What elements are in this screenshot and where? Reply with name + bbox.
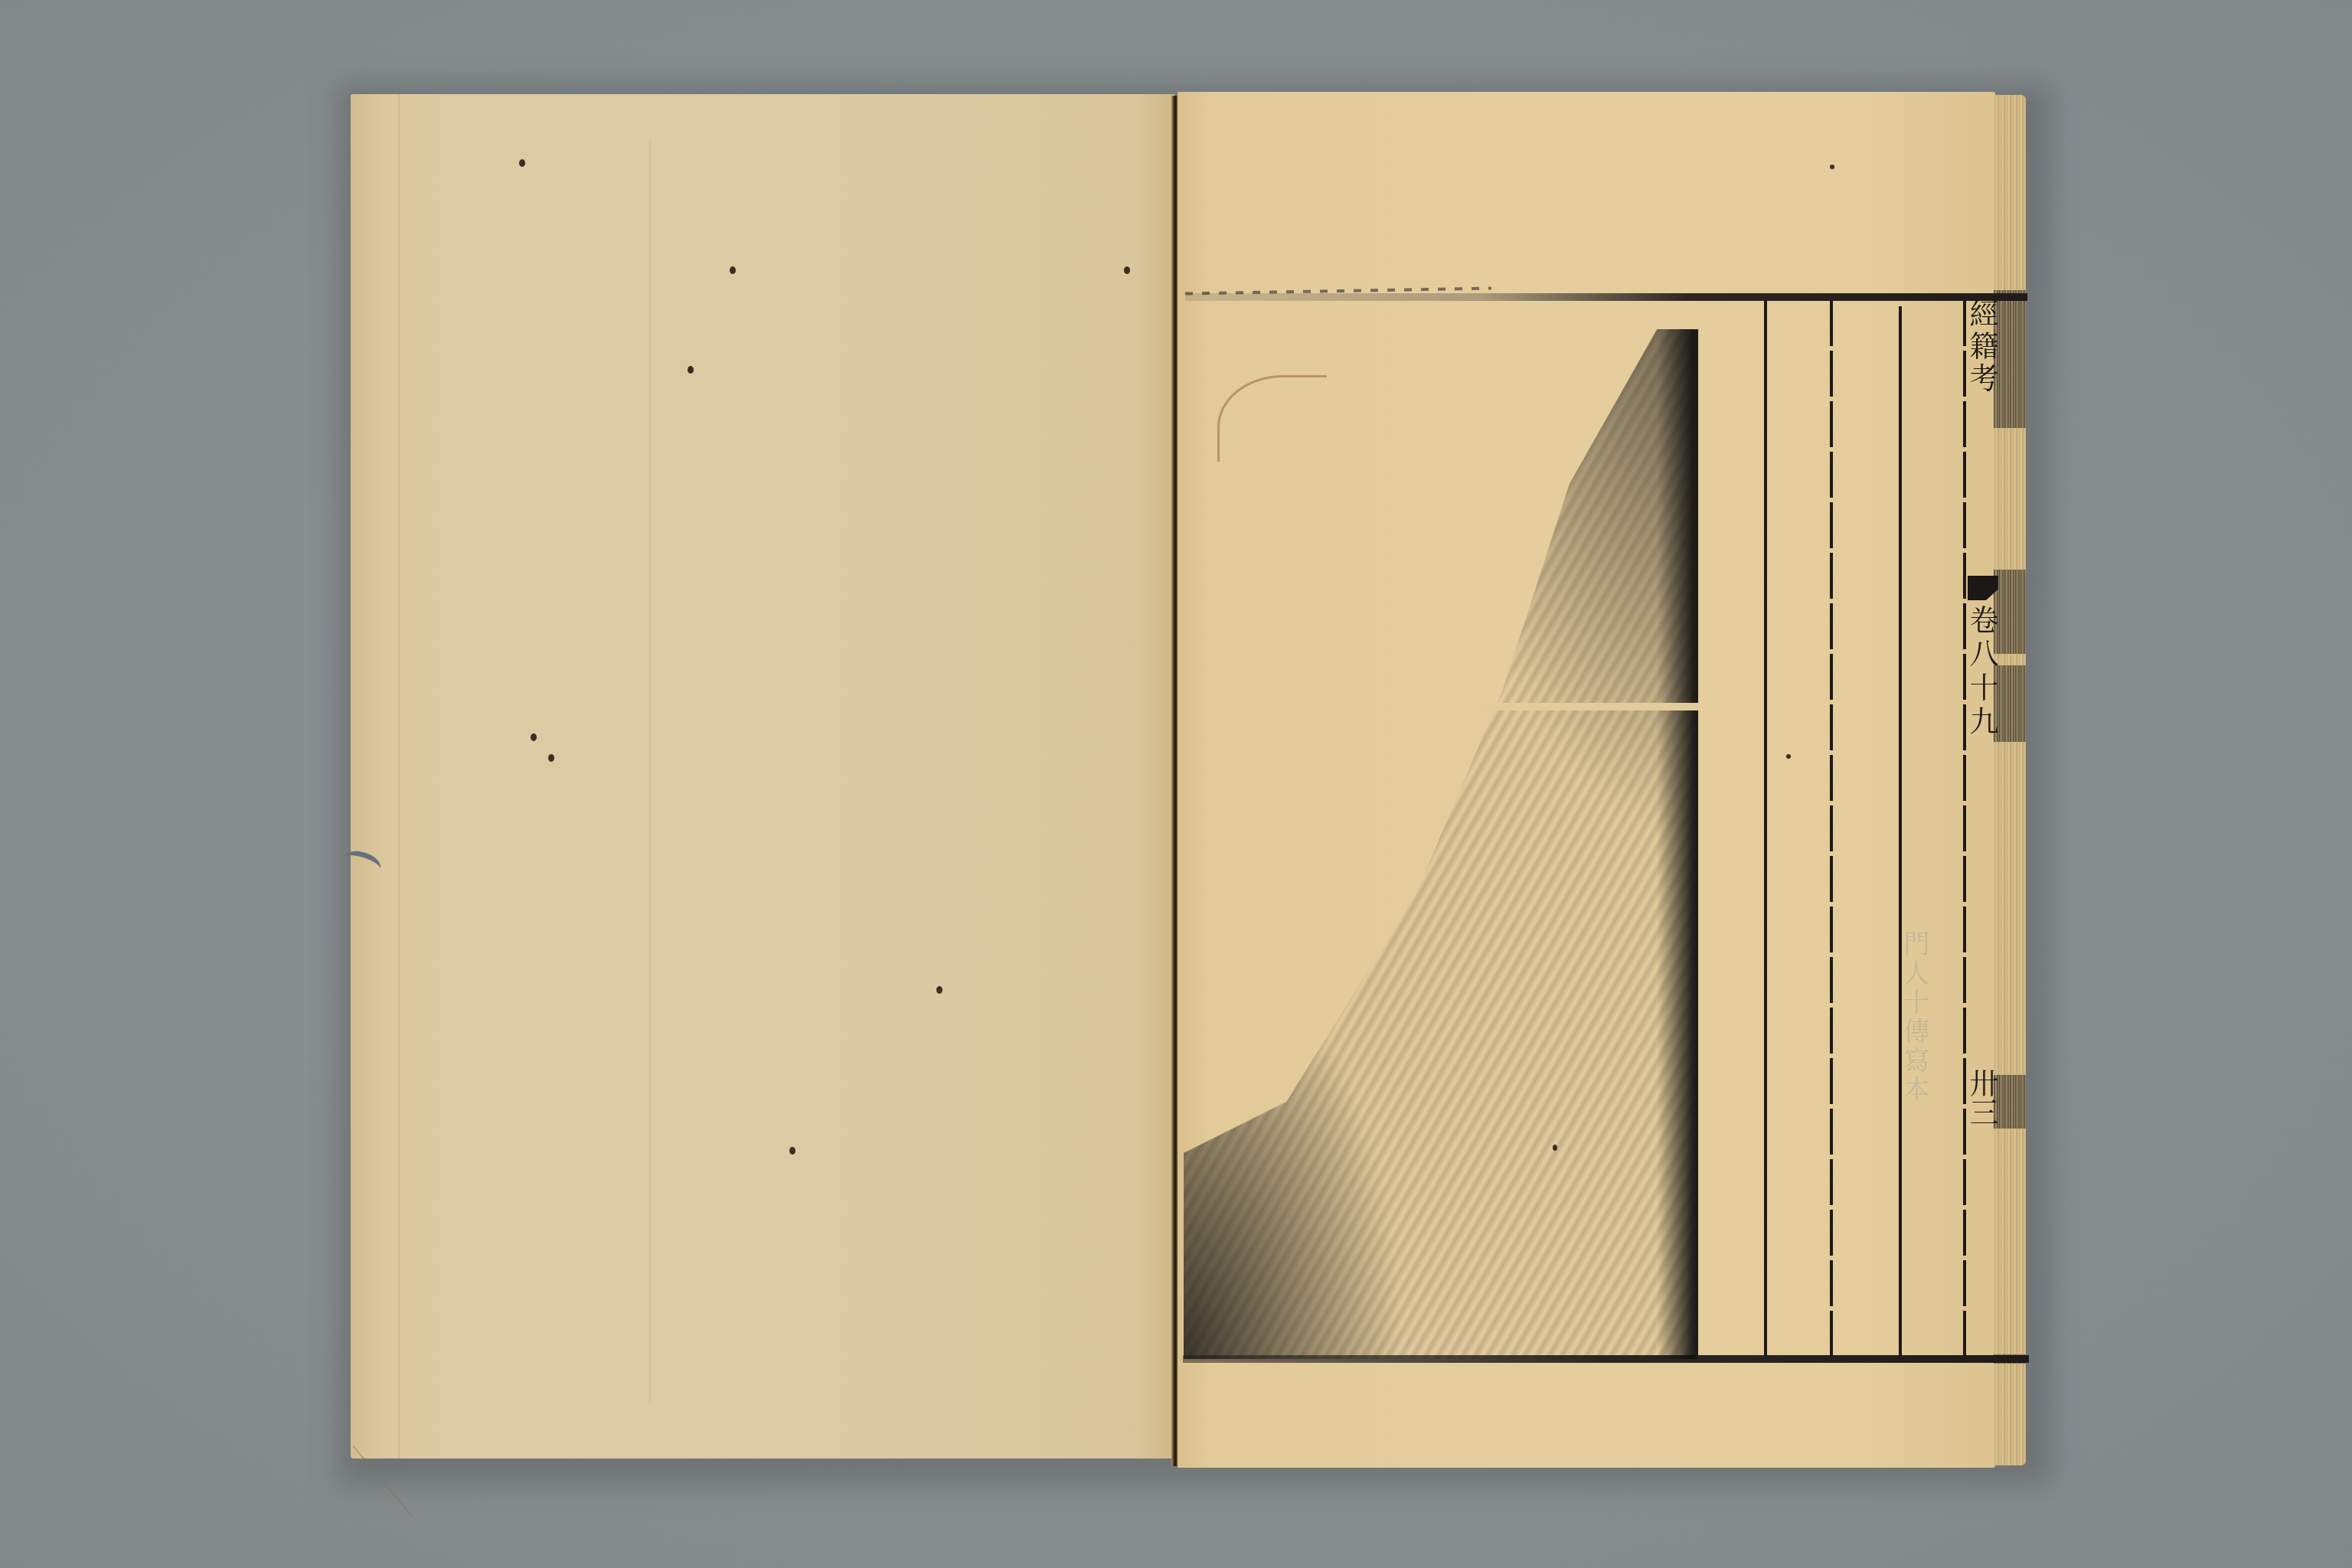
- worm-hole: [519, 159, 525, 167]
- worm-hole: [531, 733, 537, 741]
- speck: [1830, 165, 1834, 169]
- margin-juan-number: 卷八十九: [1966, 605, 2000, 740]
- frame-top-line: [1185, 293, 2027, 301]
- speck: [1553, 1145, 1557, 1151]
- worm-hole: [688, 366, 694, 374]
- show-through-text: 門人十傳寫本: [1903, 930, 1933, 1105]
- column-line: [1899, 306, 1902, 1357]
- left-page-fold-margin: [398, 94, 400, 1459]
- column-line: [1963, 300, 1966, 1357]
- column-line: [1764, 300, 1767, 1357]
- worm-hole: [548, 754, 554, 762]
- left-page-faint-line: [649, 140, 651, 1403]
- left-page: [351, 94, 1174, 1459]
- speck: [1786, 754, 1791, 759]
- worm-hole: [936, 986, 942, 994]
- block-crack: [1481, 703, 1700, 710]
- worm-hole: [789, 1147, 795, 1155]
- margin-page-number: 卅三: [1969, 1068, 2003, 1126]
- worm-hole: [1124, 266, 1130, 274]
- margin-title: 經籍考: [1966, 299, 2000, 395]
- column-line: [1830, 300, 1833, 1357]
- ink-block-edge: [1695, 329, 1698, 1359]
- worm-hole: [730, 266, 736, 274]
